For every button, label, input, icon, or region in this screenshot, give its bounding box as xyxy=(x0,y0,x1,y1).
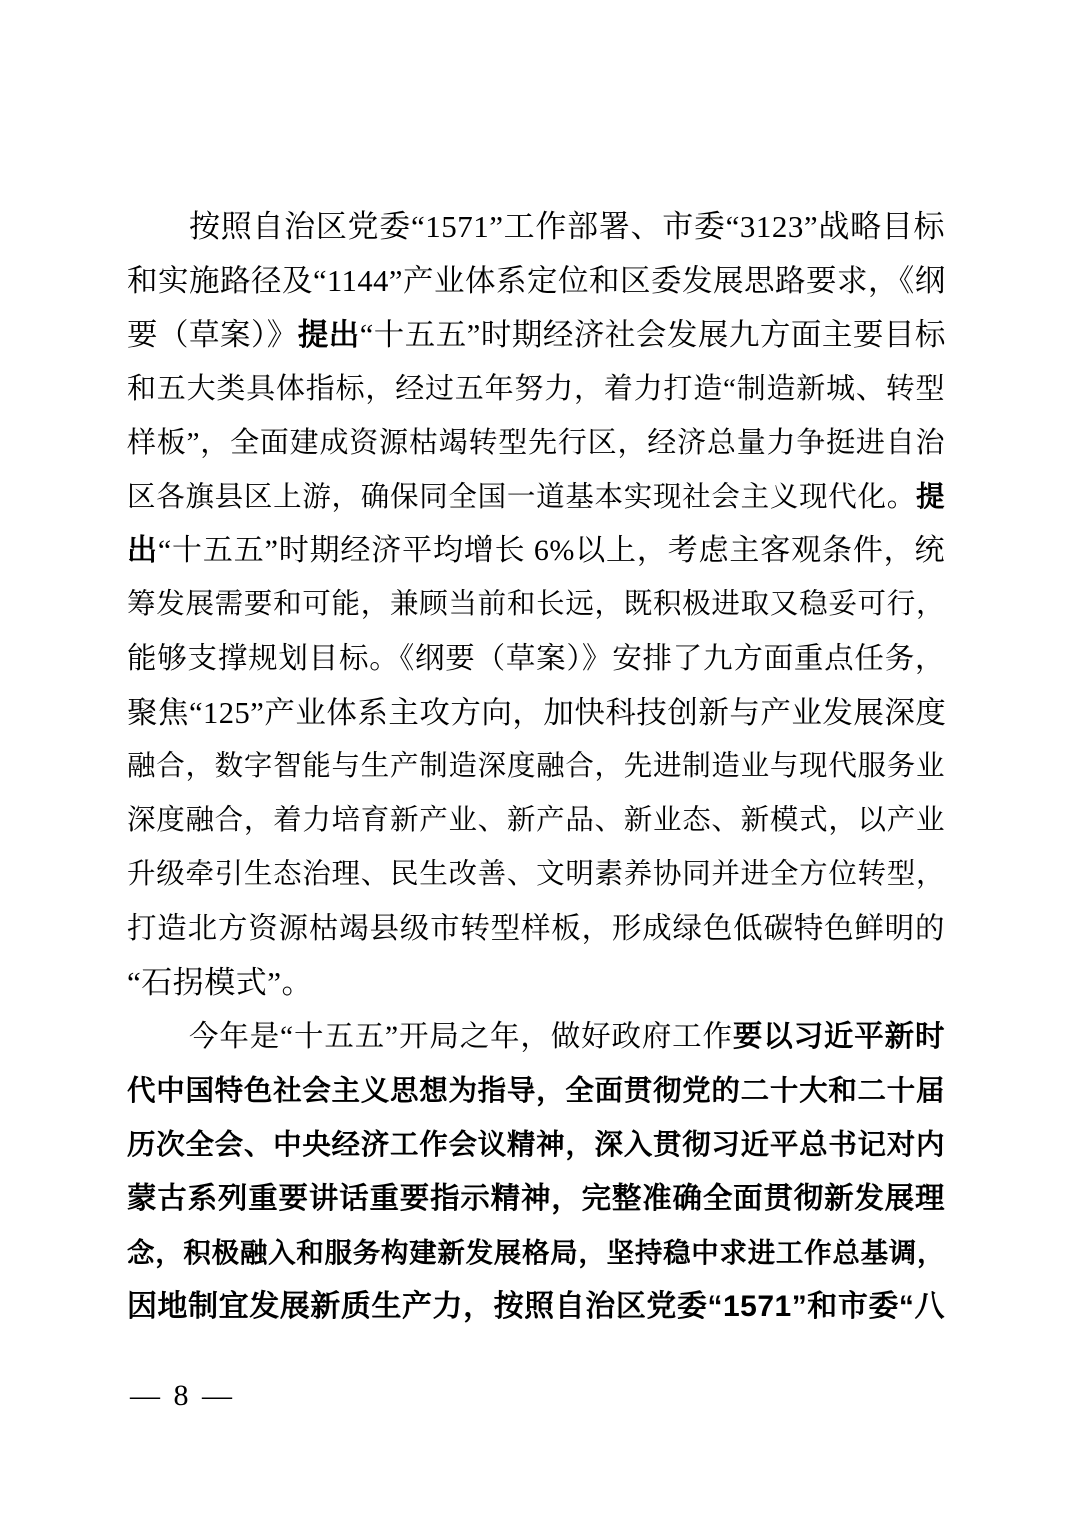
document-page: 按照自治区党委“1571”工作部署、市委“3123”战略目标和实施路径及“114… xyxy=(0,0,1074,1520)
text-line-p1-10: 聚焦“125”产业体系主攻方向，加快科技创新与产业发展深度 xyxy=(127,686,945,740)
body-text: 升级牵引生态治理、民生改善、文明素养协同并进全方位转型， xyxy=(127,859,945,890)
text-line-p1-11: 融合，数字智能与生产制造深度融合，先进制造业与现代服务业 xyxy=(127,740,945,794)
emphasis-text: 提出 xyxy=(298,318,360,352)
body-text: 按照自治区党委“1571”工作部署、市委“3123”战略目标 xyxy=(189,209,945,244)
body-text: 筹发展需要和可能，兼顾当前和长远，既积极进取又稳妥可行， xyxy=(127,589,945,620)
body-text: 今年是“十五五”开局之年，做好政府工作 xyxy=(189,1021,733,1053)
text-line-p2-4: 蒙古系列重要讲话重要指示精神，完整准确全面贯彻新发展理 xyxy=(127,1172,945,1226)
body-text: “十五五”时期经济平均增长 6%以上，考虑主客观条件，统 xyxy=(158,534,945,567)
body-text: 样板”，全面建成资源枯竭转型先行区，经济总量力争挺进自治 xyxy=(127,427,945,459)
body-text: “石拐模式”。 xyxy=(127,965,313,1000)
text-line-p1-15: “石拐模式”。 xyxy=(127,956,945,1010)
emphasis-text: 代中国特色社会主义思想为指导，全面贯彻党的二十大和二十届 xyxy=(127,1075,945,1107)
body-text: 区各旗县区上游，确保同全国一道基本实现社会主义现代化。 xyxy=(127,482,916,513)
body-text: 要（草案）》 xyxy=(127,318,298,352)
text-line-p1-6: 区各旗县区上游，确保同全国一道基本实现社会主义现代化。提 xyxy=(127,470,945,524)
document-body: 按照自治区党委“1571”工作部署、市委“3123”战略目标和实施路径及“114… xyxy=(127,200,945,1334)
text-line-p1-4: 和五大类具体指标，经过五年努力，着力打造“制造新城、转型 xyxy=(127,362,945,416)
emphasis-text: 出 xyxy=(127,534,158,567)
text-line-p1-7: 出“十五五”时期经济平均增长 6%以上，考虑主客观条件，统 xyxy=(127,524,945,578)
body-text: 聚焦“125”产业体系主攻方向，加快科技创新与产业发展深度 xyxy=(127,696,946,730)
body-text: 融合，数字智能与生产制造深度融合，先进制造业与现代服务业 xyxy=(127,751,945,782)
text-line-p1-12: 深度融合，着力培育新产业、新产品、新业态、新模式，以产业 xyxy=(127,794,945,848)
text-line-p2-2: 代中国特色社会主义思想为指导，全面贯彻党的二十大和二十届 xyxy=(127,1064,945,1118)
emphasis-text: 因地制宜发展新质生产力，按照自治区党委“1571”和市委“八 xyxy=(127,1290,945,1323)
text-line-p2-3: 历次全会、中央经济工作会议精神，深入贯彻习近平总书记对内 xyxy=(127,1118,945,1172)
text-line-p1-1: 按照自治区党委“1571”工作部署、市委“3123”战略目标 xyxy=(127,200,945,254)
text-line-p1-13: 升级牵引生态治理、民生改善、文明素养协同并进全方位转型， xyxy=(127,848,945,902)
text-line-p2-5: 念，积极融入和服务构建新发展格局，坚持稳中求进工作总基调， xyxy=(127,1226,945,1280)
body-text: “十五五”时期经济社会发展九方面主要目标 xyxy=(360,318,946,352)
text-line-p1-8: 筹发展需要和可能，兼顾当前和长远，既积极进取又稳妥可行， xyxy=(127,578,945,632)
emphasis-text: 要以习近平新时 xyxy=(733,1020,945,1053)
emphasis-text: 念，积极融入和服务构建新发展格局，坚持稳中求进工作总基调， xyxy=(127,1237,945,1268)
body-text: 和五大类具体指标，经过五年努力，着力打造“制造新城、转型 xyxy=(127,373,945,405)
page-number: — 8 — xyxy=(130,1369,235,1423)
emphasis-text: 历次全会、中央经济工作会议精神，深入贯彻习近平总书记对内 xyxy=(127,1129,945,1161)
text-line-p1-2: 和实施路径及“1144”产业体系定位和区委发展思路要求，《纲 xyxy=(127,254,945,308)
body-text: 深度融合，着力培育新产业、新产品、新业态、新模式，以产业 xyxy=(127,805,945,836)
text-line-p1-9: 能够支撑规划目标。《纲要（草案）》安排了九方面重点任务， xyxy=(127,632,945,686)
text-line-p2-6: 因地制宜发展新质生产力，按照自治区党委“1571”和市委“八 xyxy=(127,1280,945,1334)
text-line-p1-5: 样板”，全面建成资源枯竭转型先行区，经济总量力争挺进自治 xyxy=(127,416,945,470)
body-text: 能够支撑规划目标。《纲要（草案）》安排了九方面重点任务， xyxy=(127,643,945,675)
emphasis-text: 蒙古系列重要讲话重要指示精神，完整准确全面贯彻新发展理 xyxy=(127,1182,945,1215)
body-text: 和实施路径及“1144”产业体系定位和区委发展思路要求，《纲 xyxy=(127,264,946,298)
emphasis-text: 提 xyxy=(916,481,945,513)
text-line-p1-3: 要（草案）》提出“十五五”时期经济社会发展九方面主要目标 xyxy=(127,308,945,362)
text-line-p2-1: 今年是“十五五”开局之年，做好政府工作要以习近平新时 xyxy=(127,1010,945,1064)
body-text: 打造北方资源枯竭县级市转型样板，形成绿色低碳特色鲜明的 xyxy=(127,913,945,945)
text-line-p1-14: 打造北方资源枯竭县级市转型样板，形成绿色低碳特色鲜明的 xyxy=(127,902,945,956)
